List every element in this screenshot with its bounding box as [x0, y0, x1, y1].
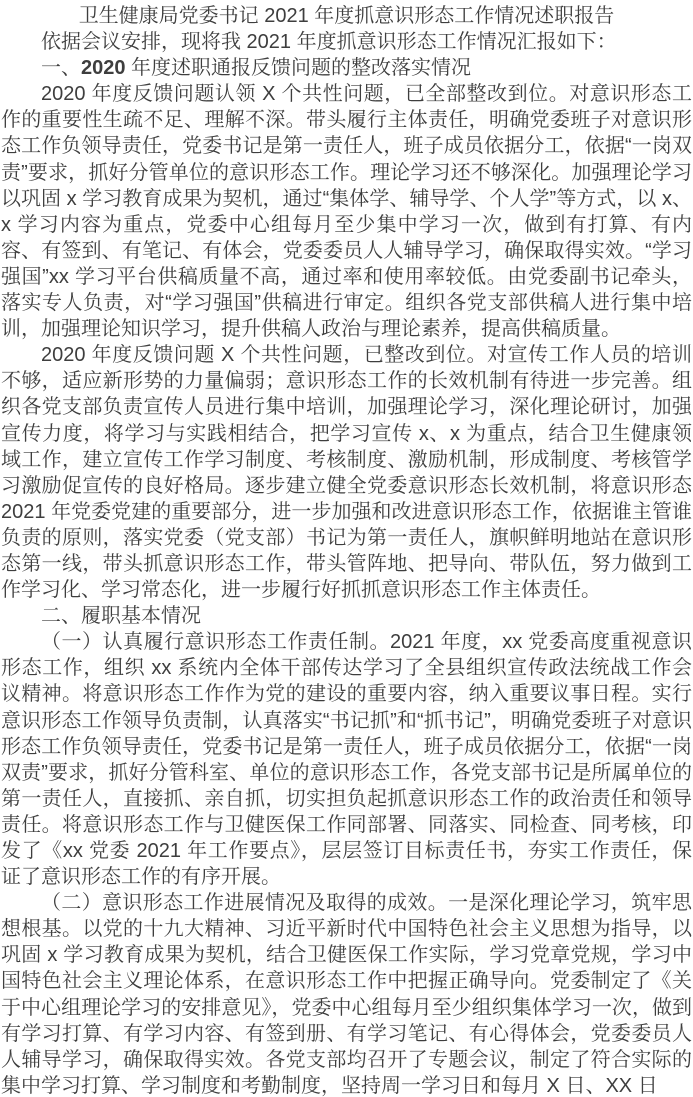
section-1-heading: 一、2020 年度述职通报反馈问题的整改落实情况	[1, 55, 692, 81]
section-1-paragraph-1: 2020 年度反馈问题认领 X 个共性问题，已全部整改到位。对意识形态工作的重要…	[1, 81, 692, 342]
section-1-heading-prefix: 一、	[41, 57, 81, 79]
section-2-paragraph-2: （二）意识形态工作进展情况及取得的成效。一是深化理论学习，筑牢思想根基。以党的十…	[1, 890, 692, 1097]
section-2-paragraph-1: （一）认真履行意识形态工作责任制。2021 年度，xx 党委高度重视意识形态工作…	[1, 629, 692, 890]
report-page: 卫生健康局党委书记 2021 年度抓意识形态工作情况述职报告 依据会议安排，现将…	[0, 0, 693, 1097]
section-1-paragraph-2: 2020 年度反馈问题 X 个共性问题，已整改到位。对宣传工作人员的培训不够，适…	[1, 342, 692, 603]
intro-paragraph: 依据会议安排，现将我 2021 年度抓意识形态工作情况汇报如下：	[1, 29, 692, 55]
section-2-heading-prefix: 二、	[41, 605, 81, 627]
section-2-heading: 二、履职基本情况	[1, 603, 692, 629]
section-1-heading-suffix: 年度述职通报反馈问题的整改落实情况	[126, 57, 472, 79]
section-2-heading-suffix: 履职基本情况	[81, 605, 201, 627]
report-title: 卫生健康局党委书记 2021 年度抓意识形态工作情况述职报告	[1, 3, 692, 29]
section-1-heading-number: 2020	[81, 57, 126, 79]
